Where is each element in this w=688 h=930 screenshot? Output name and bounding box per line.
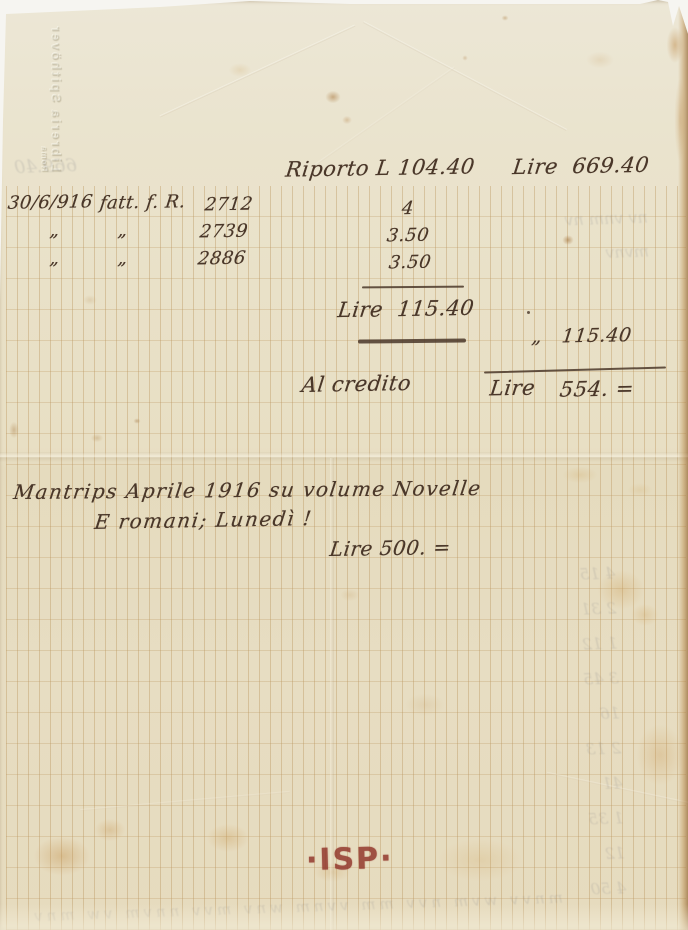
crease-top-left: [160, 25, 356, 118]
note-amount-label: Lire: [328, 536, 374, 561]
ditto-mark: „: [531, 326, 544, 348]
carry-right: Lire 669.40: [511, 153, 650, 179]
final-amount: 554. =: [558, 376, 635, 401]
subtotal-label: Lire: [336, 297, 384, 322]
carry-amount: 669.40: [571, 153, 651, 178]
ditto-amount: 115.40: [561, 324, 633, 347]
riporto-label: Riporto L 104.40: [284, 154, 476, 181]
paper-sheet: Libreria Spithöver Roma 669.40 nv vnm nv…: [0, 0, 688, 930]
ghost-carry-amount: 669.40: [14, 155, 78, 178]
ink-dot: [527, 311, 530, 314]
ghost-scribble-upper-right: nv vnm nv mvnv: [564, 201, 650, 272]
embossed-subtext: Roma: [40, 12, 49, 172]
paper-right-edge: [678, 0, 688, 930]
subtotal: Lire 115.40: [336, 296, 475, 322]
row-amount: 4: [401, 198, 416, 219]
riporto-amount: L 104.40: [375, 154, 476, 180]
carry-label: Lire: [511, 154, 559, 179]
embossed-text: Libreria Spithöver: [49, 25, 64, 172]
paper-bottom-edge: [0, 904, 688, 930]
riporto-word: Riporto: [284, 156, 370, 181]
row-amount: 3.50: [388, 252, 433, 274]
row-desc: fatt. f. R.: [99, 191, 187, 213]
note-amount: Lire 500. =: [328, 535, 452, 561]
crease-top-center: [315, 66, 455, 165]
isp-archive-stamp: ·ISP·: [306, 841, 394, 878]
embossed-letterhead-stamp: Libreria Spithöver Roma: [40, 12, 64, 172]
credit-note: Al credito: [300, 371, 412, 397]
row-amount: 3.50: [386, 225, 431, 247]
row-number: 2886: [197, 248, 248, 270]
ditto-total: „ 115.40: [531, 324, 633, 348]
note-amount-value: 500. =: [378, 535, 452, 560]
crease-top-right: [363, 21, 567, 131]
subtotal-amount: 115.40: [396, 296, 476, 321]
row-date: 30/6/916: [7, 191, 95, 213]
row-number: 2739: [199, 221, 250, 243]
note-line2: E romani; Lunedì !: [93, 506, 314, 534]
final-label: Lire: [488, 376, 536, 401]
scanned-document: Libreria Spithöver Roma 669.40 nv vnm nv…: [0, 0, 688, 930]
note-line1: Mantrips Aprile 1916 su volume Novelle: [12, 476, 483, 504]
row-number: 2712: [204, 194, 255, 216]
